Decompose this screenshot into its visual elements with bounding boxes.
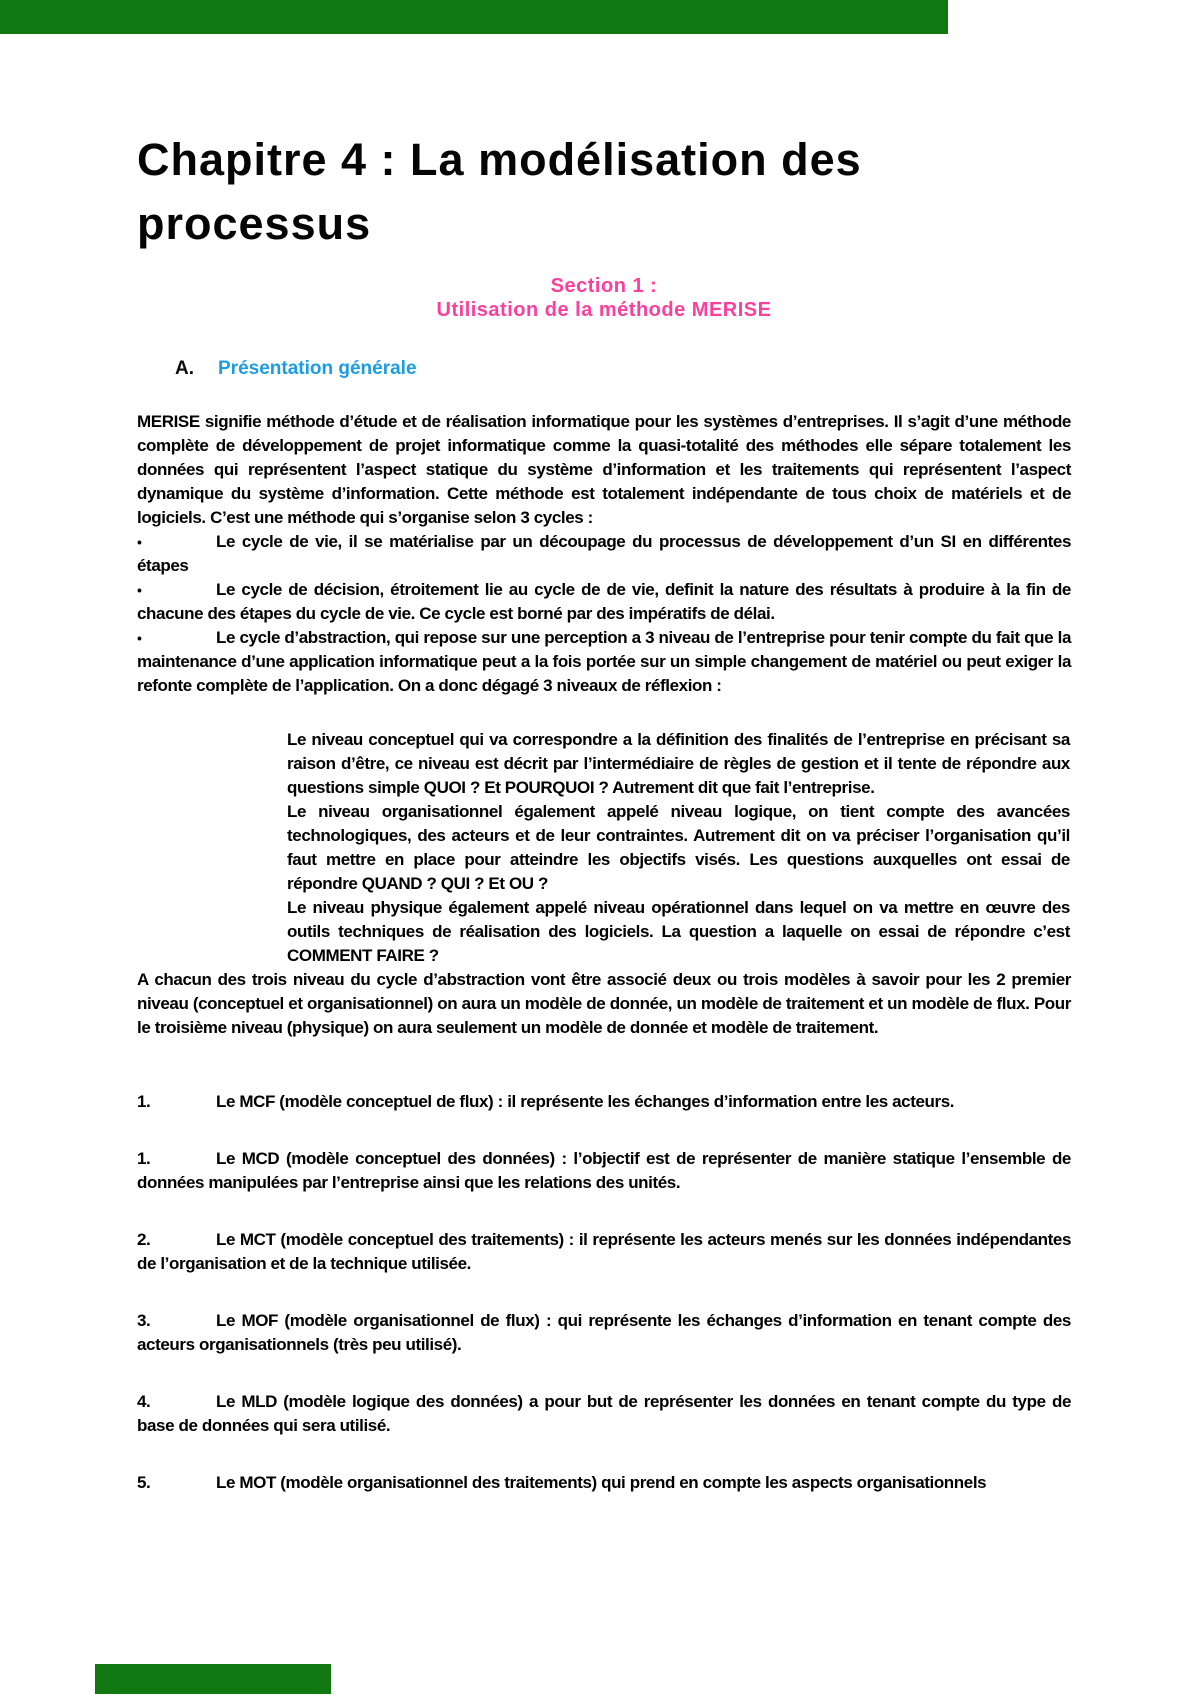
level-organisationnel: Le niveau organisationnel également appe… [287, 800, 1070, 896]
heading-a: A.Présentation générale [137, 358, 1071, 380]
models-list: 1.Le MCF (modèle conceptuel de flux) : i… [137, 1090, 1071, 1495]
model-text: Le MCT (modèle conceptuel des traitement… [137, 1230, 1071, 1273]
model-number: 5. [137, 1471, 216, 1495]
bullet-text: Le cycle de décision, étroitement lie au… [137, 580, 1071, 623]
bullet-icon: • [137, 530, 216, 554]
model-item-mld: 4.Le MLD (modèle logique des données) a … [137, 1390, 1071, 1438]
bullet-item-cycle-abstraction: •Le cycle d’abstraction, qui repose sur … [137, 626, 1071, 698]
model-text: Le MOF (modèle organisationnel de flux) … [137, 1311, 1071, 1354]
section-heading-line1: Section 1 : [137, 274, 1071, 298]
level-conceptuel: Le niveau conceptuel qui va correspondre… [287, 728, 1070, 800]
model-text: Le MLD (modèle logique des données) a po… [137, 1392, 1071, 1435]
bullet-item-cycle-decision: •Le cycle de décision, étroitement lie a… [137, 578, 1071, 626]
model-text: Le MCF (modèle conceptuel de flux) : il … [216, 1092, 954, 1111]
model-item-mot: 5.Le MOT (modèle organisationnel des tra… [137, 1471, 1071, 1495]
model-item-mcd: 1.Le MCD (modèle conceptuel des données)… [137, 1147, 1071, 1195]
model-item-mcf: 1.Le MCF (modèle conceptuel de flux) : i… [137, 1090, 1071, 1114]
model-number: 1. [137, 1090, 216, 1114]
document-page: Chapitre 4 : La modélisation des process… [0, 0, 1200, 1698]
model-number: 1. [137, 1147, 216, 1171]
model-number: 2. [137, 1228, 216, 1252]
section-heading-line2: Utilisation de la méthode MERISE [137, 298, 1071, 322]
model-number: 3. [137, 1309, 216, 1333]
model-item-mof: 3.Le MOF (modèle organisationnel de flux… [137, 1309, 1071, 1357]
heading-a-marker: A. [175, 358, 218, 380]
document-content: Chapitre 4 : La modélisation des process… [137, 0, 1071, 1528]
bullet-text: Le cycle d’abstraction, qui repose sur u… [137, 628, 1071, 695]
bullet-text: Le cycle de vie, il se matérialise par u… [137, 532, 1071, 575]
model-number: 4. [137, 1390, 216, 1414]
association-paragraph: A chacun des trois niveau du cycle d’abs… [137, 968, 1071, 1040]
model-item-mct: 2.Le MCT (modèle conceptuel des traiteme… [137, 1228, 1071, 1276]
chapter-title: Chapitre 4 : La modélisation des process… [137, 128, 1071, 256]
intro-paragraph: MERISE signifie méthode d’étude et de ré… [137, 410, 1071, 530]
level-physique: Le niveau physique également appelé nive… [287, 896, 1070, 968]
heading-a-label: Présentation générale [218, 358, 417, 379]
bullet-item-cycle-vie: •Le cycle de vie, il se matérialise par … [137, 530, 1071, 578]
levels-block: Le niveau conceptuel qui va correspondre… [287, 728, 1070, 968]
bullet-icon: • [137, 578, 216, 602]
section-heading: Section 1 : Utilisation de la méthode ME… [137, 274, 1071, 322]
model-text: Le MOT (modèle organisationnel des trait… [216, 1473, 986, 1492]
bottom-green-bar [95, 1664, 331, 1694]
model-text: Le MCD (modèle conceptuel des données) :… [137, 1149, 1071, 1192]
bullet-icon: • [137, 626, 216, 650]
